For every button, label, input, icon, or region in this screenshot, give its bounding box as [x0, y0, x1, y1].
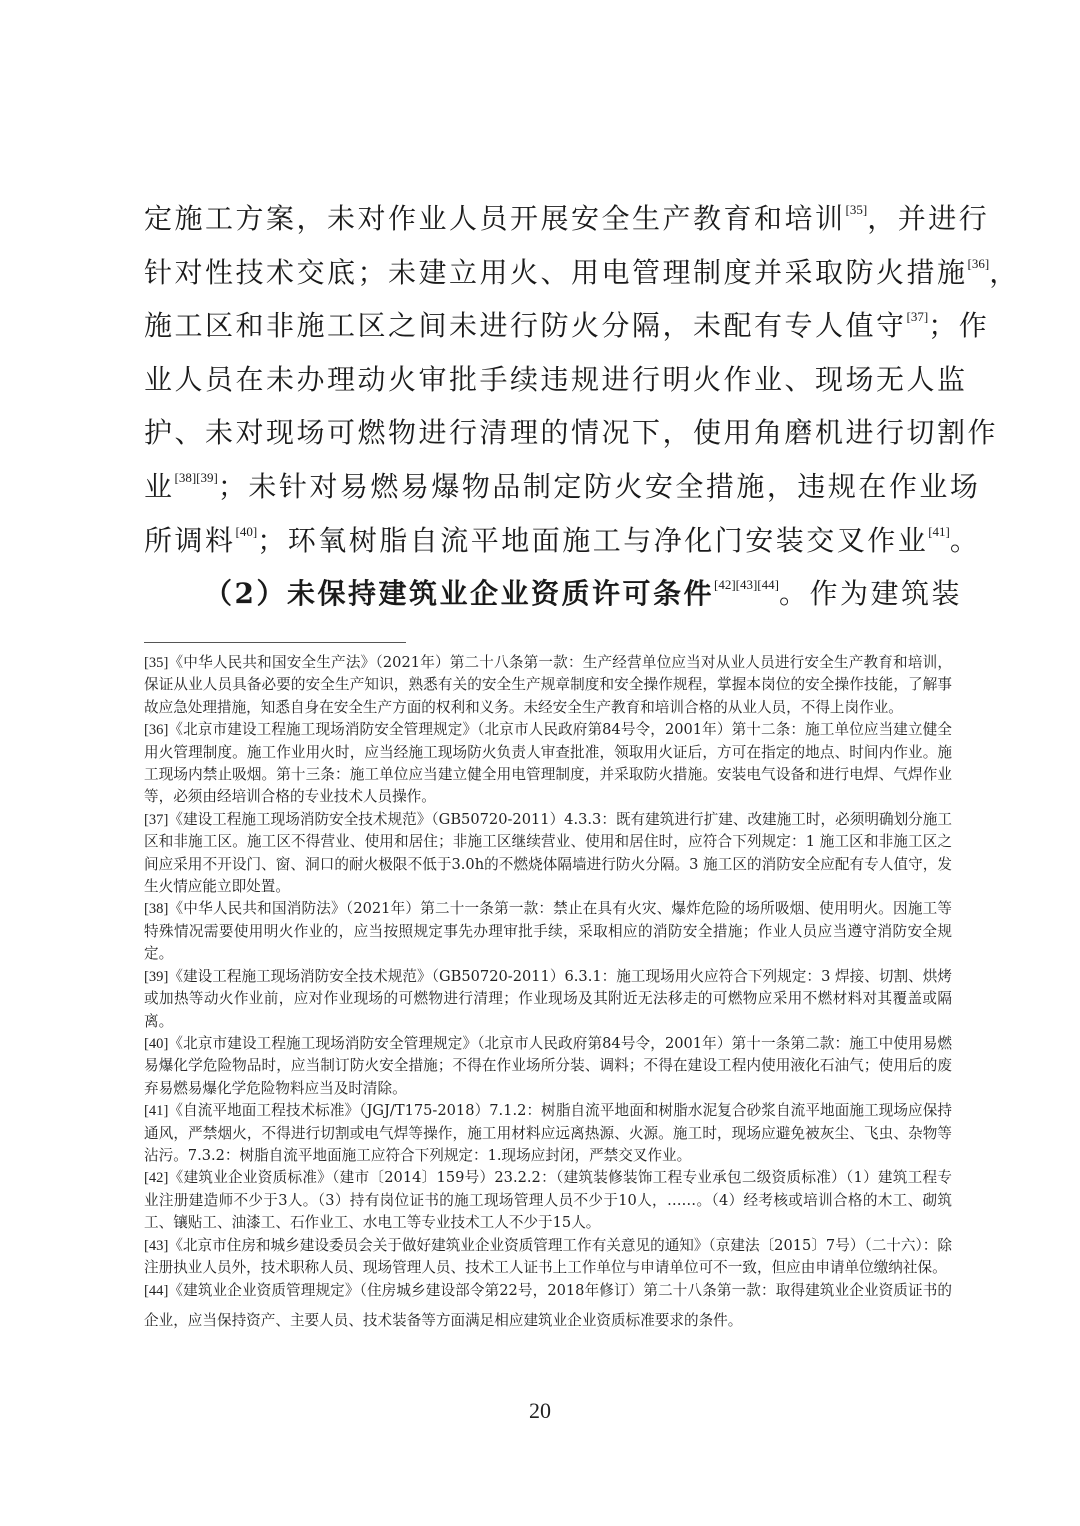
- footnote-ref-37[interactable]: [37]: [907, 309, 929, 324]
- footnote-44: [44]《建筑业企业资质管理规定》（住房城乡建设部令第22号，2018年修订）第…: [144, 1276, 952, 1336]
- footnote-40: [40]《北京市建设工程施工现场消防安全管理规定》（北京市人民政府第84号令，2…: [144, 1033, 952, 1100]
- footnote-ref-41[interactable]: [41]: [928, 524, 950, 539]
- body-line-5: 护、未对现场可燃物进行清理的情况下，使用角磨机进行切割作: [144, 406, 944, 460]
- footnote-43: [43]《北京市住房和城乡建设委员会关于做好建筑业企业资质管理工作有关意见的通知…: [144, 1235, 952, 1280]
- section-heading: （2）未保持建筑业企业资质许可条件: [204, 577, 714, 610]
- body-line-7: 所调料[40]；环氧树脂自流平地面施工与净化门安装交叉作业[41]。: [144, 514, 944, 568]
- page-number: 20: [0, 1398, 1080, 1424]
- footnote-42: [42]《建筑业企业资质标准》（建市〔2014〕159号）23.2.2：（建筑装…: [144, 1167, 952, 1234]
- body-line-6: 业[38][39]；未针对易燃易爆物品制定防火安全措施，违规在作业场: [144, 460, 944, 514]
- footnotes-section: [35]《中华人民共和国安全生产法》（2021年）第二十八条第一款：生产经营单位…: [144, 652, 952, 1336]
- document-page: 定施工方案，未对作业人员开展安全生产教育和培训[35]，并进行 针对性技术交底；…: [0, 0, 1080, 1526]
- footnote-ref-40[interactable]: [40]: [236, 524, 258, 539]
- footnote-ref-38-39[interactable]: [38][39]: [175, 470, 218, 485]
- footnote-ref-42-43-44[interactable]: [42][43][44]: [714, 577, 779, 592]
- footnote-35: [35]《中华人民共和国安全生产法》（2021年）第二十八条第一款：生产经营单位…: [144, 652, 952, 719]
- footnote-ref-36[interactable]: [36]: [968, 256, 990, 271]
- footnote-36: [36]《北京市建设工程施工现场消防安全管理规定》（北京市人民政府第84号令，2…: [144, 719, 952, 809]
- body-line-2: 针对性技术交底；未建立用火、用电管理制度并采取防火措施[36]，: [144, 246, 944, 300]
- body-line-1: 定施工方案，未对作业人员开展安全生产教育和培训[35]，并进行: [144, 192, 944, 246]
- body-line-8-section-heading: （2）未保持建筑业企业资质许可条件[42][43][44]。作为建筑装: [144, 567, 944, 621]
- footnote-separator: [144, 642, 406, 643]
- footnote-38: [38]《中华人民共和国消防法》（2021年）第二十一条第一款：禁止在具有火灾、…: [144, 898, 952, 965]
- footnote-ref-35[interactable]: [35]: [846, 202, 868, 217]
- body-line-4: 业人员在未办理动火审批手续违规进行明火作业、现场无人监: [144, 353, 944, 407]
- footnote-41: [41]《自流平地面工程技术标准》（JGJ/T175-2018）7.1.2：树脂…: [144, 1100, 952, 1167]
- body-line-3: 施工区和非施工区之间未进行防火分隔，未配有专人值守[37]；作: [144, 299, 944, 353]
- footnote-37: [37]《建设工程施工现场消防安全技术规范》（GB50720-2011）4.3.…: [144, 809, 952, 899]
- body-paragraph: 定施工方案，未对作业人员开展安全生产教育和培训[35]，并进行 针对性技术交底；…: [144, 192, 944, 621]
- footnote-39: [39]《建设工程施工现场消防安全技术规范》（GB50720-2011）6.3.…: [144, 966, 952, 1033]
